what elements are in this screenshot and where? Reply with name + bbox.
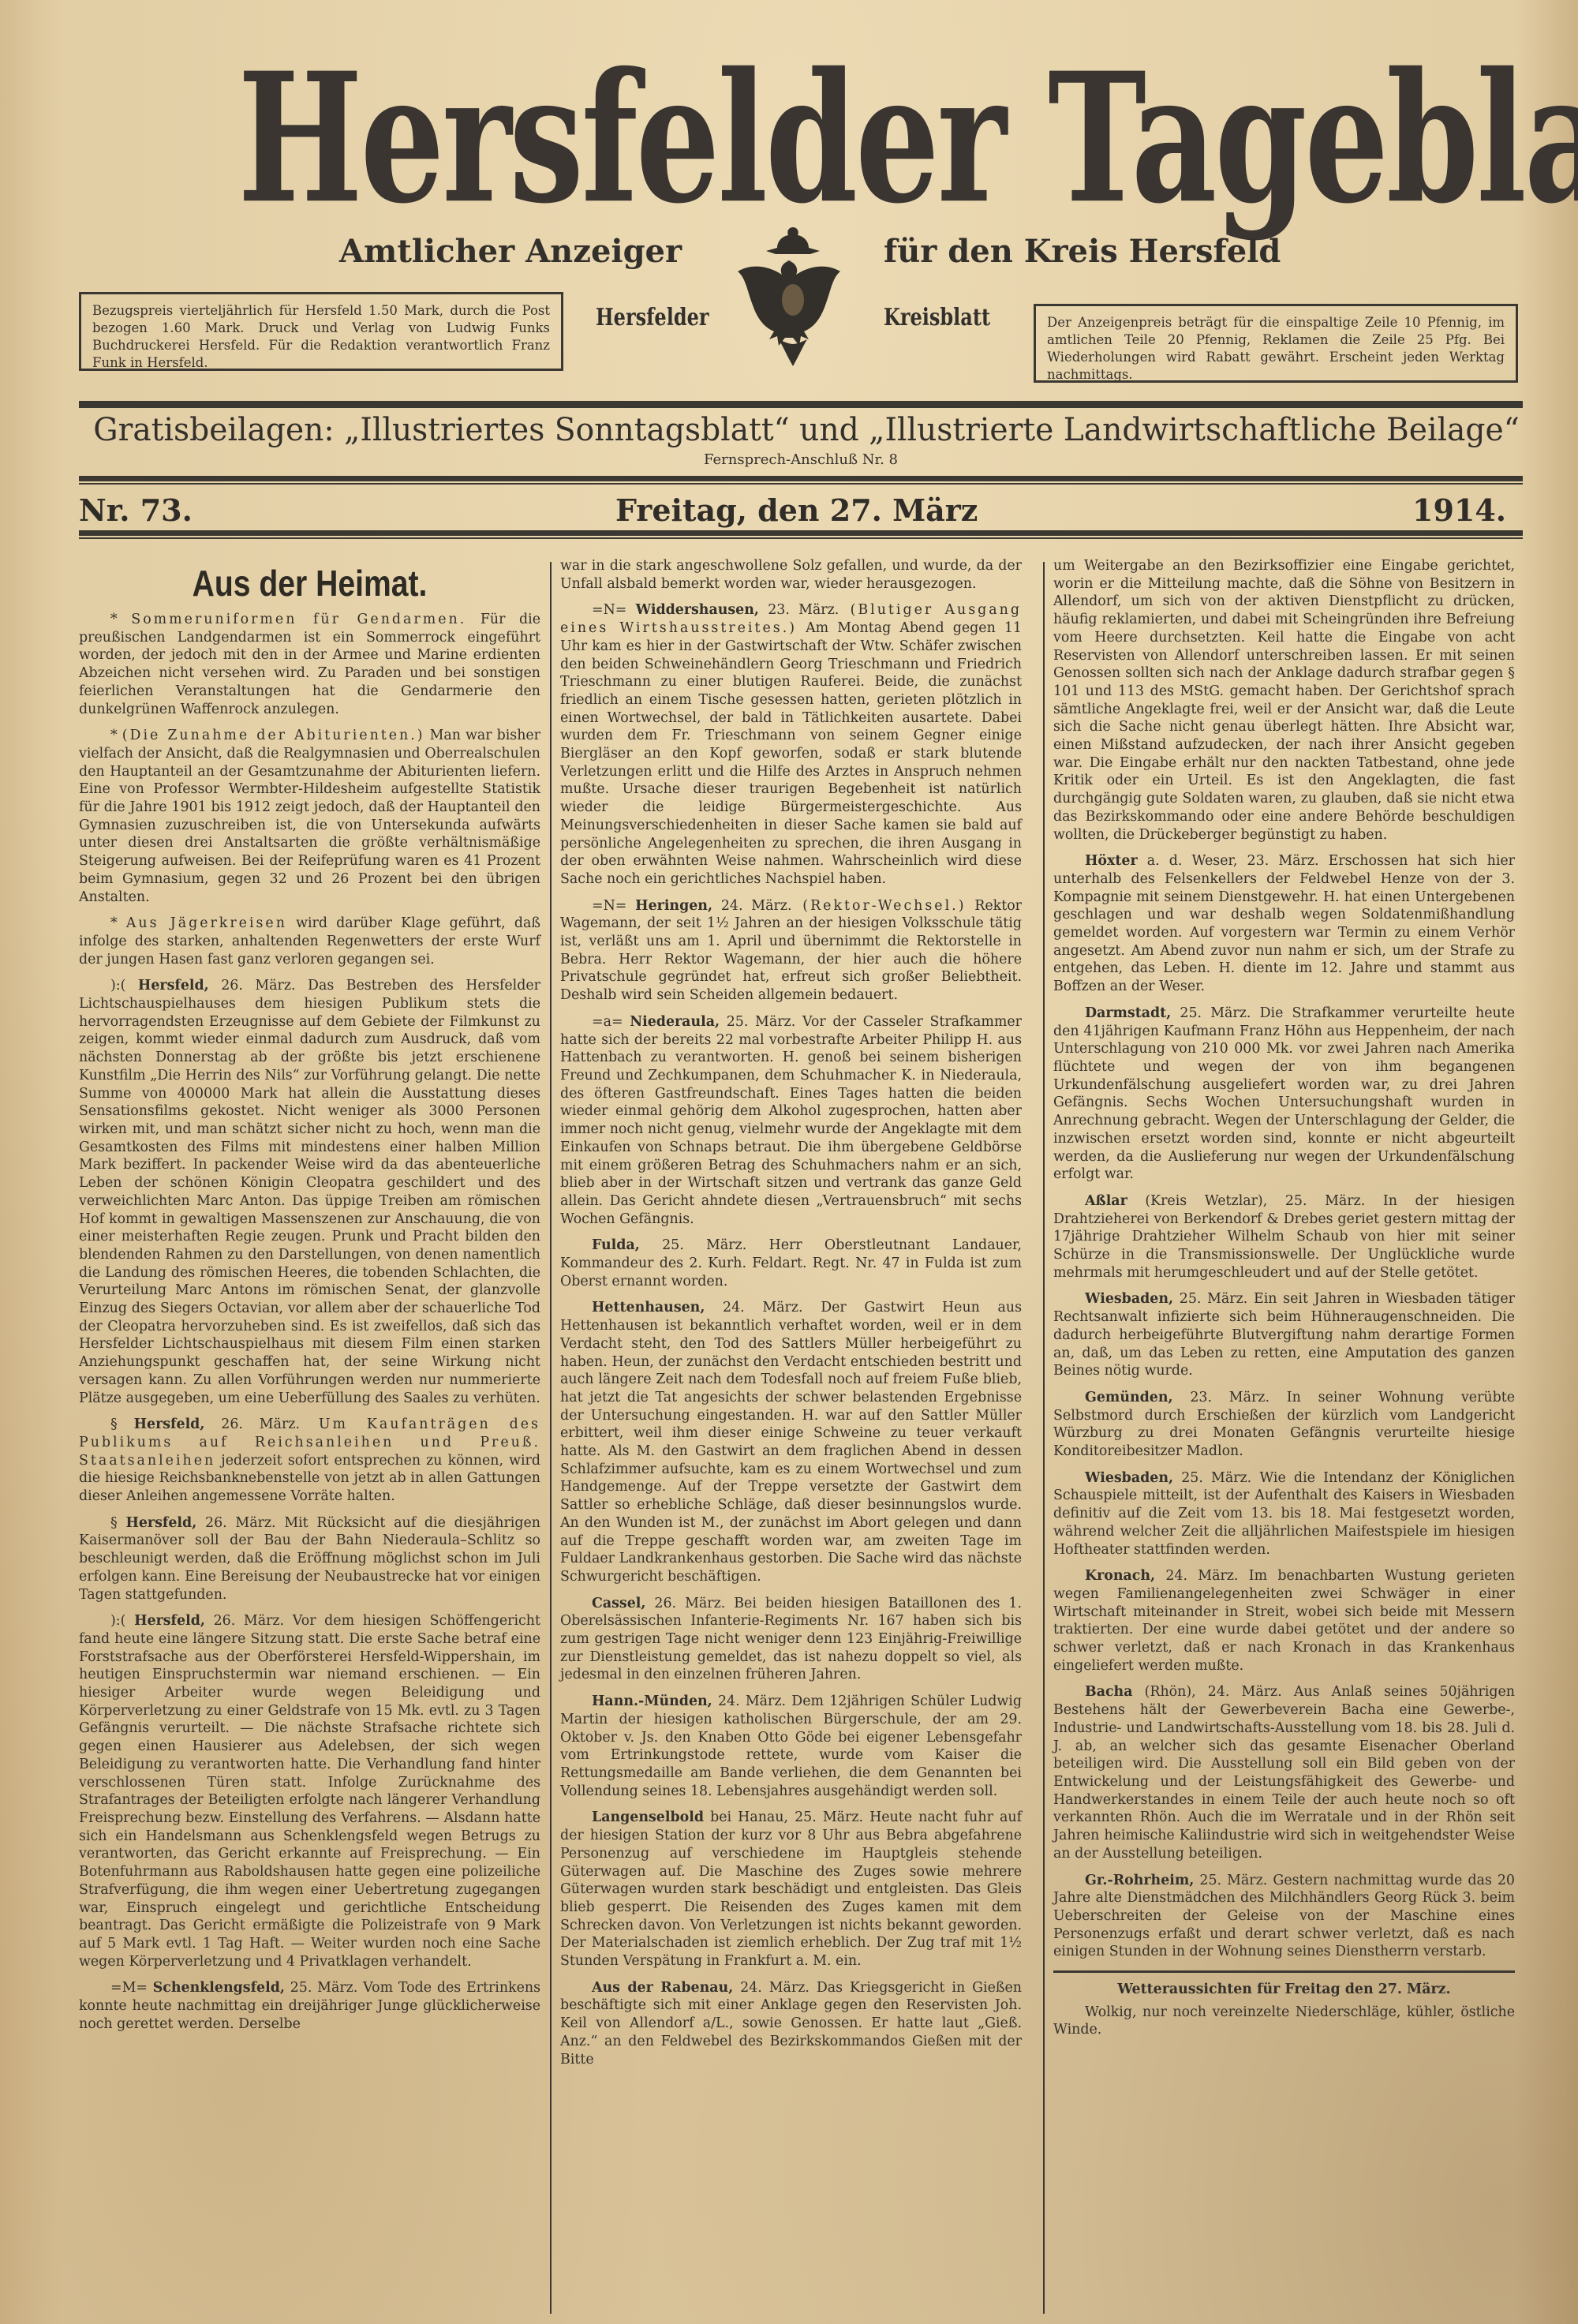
article-body: Dem 12jährigen Schüler Ludwig Martin der… (560, 1693, 1022, 1799)
article-body: Am Montag Abend gegen 11 Uhr kam es hier… (560, 620, 1022, 887)
news-article: Gr.-Rohrheim, 25. März. Gestern nachmitt… (1053, 1872, 1515, 1962)
dateline-rule-thin (79, 537, 1523, 539)
article-lead: (Die Zunahme der Abiturienten.) (122, 728, 425, 743)
article-lead: Aus Jägerkreisen (126, 915, 287, 931)
article-date: 24. März. (1155, 1568, 1238, 1584)
article-body: war in die stark angeschwollene Solz gef… (560, 558, 1022, 592)
article-place: Bacha (1085, 1684, 1132, 1700)
article-body: Im benachbarten Wustung gerieten wegen F… (1053, 1568, 1515, 1674)
article-place: Hettenhausen, (592, 1300, 705, 1315)
article-date: 23. März. (1173, 1390, 1270, 1405)
advertising-price-box: Der Anzeigenpreis beträgt für die einspa… (1034, 304, 1518, 383)
article-place: Widdershausen, (636, 602, 759, 618)
article-prefix: =N= (592, 898, 635, 914)
article-place: Hersfeld, (134, 1416, 205, 1432)
news-article: Hettenhausen, 24. März. Der Gastwirt Heu… (560, 1299, 1022, 1585)
news-article: ):( Hersfeld, 26. März. Vor dem hiesigen… (79, 1612, 540, 1970)
article-date: 25. März. (1173, 1470, 1251, 1486)
article-body: Heute nacht fuhr auf der hiesigen Statio… (560, 1809, 1022, 1969)
article-body: Vor der Casseler Strafkammer hatte sich … (560, 1014, 1022, 1227)
article-lead: Sommeruniformen für Gendarmen. (131, 612, 466, 627)
article-date: 25. März. (285, 1980, 357, 1996)
article-body: Der Gastwirt Heun aus Hettenhausen ist b… (560, 1300, 1022, 1585)
subtitle-kreis-hersfeld: für den Kreis Hersfeld (884, 233, 1281, 270)
news-article: * Aus Jägerkreisen wird darüber Klage ge… (79, 915, 540, 968)
news-article: Höxter a. d. Weser, 23. März. Erschossen… (1053, 852, 1515, 996)
issue-year: 1914. (1412, 492, 1506, 528)
article-place: Heringen, (635, 898, 712, 914)
article-date: a. d. Weser, 23. März. (1138, 853, 1319, 869)
article-place: Wiesbaden, (1085, 1470, 1173, 1486)
article-date: 24. März. (712, 898, 791, 914)
article-date: 26. März. (196, 1515, 275, 1531)
article-place: Fulda, (592, 1237, 640, 1253)
dateline-rule (79, 530, 1523, 536)
article-date: 26. März. (645, 1596, 725, 1611)
free-supplements-line: Gratisbeilagen: „Illustriertes Sonntagsb… (93, 412, 1508, 448)
news-article: Wiesbaden, 25. März. Wie die Intendanz d… (1053, 1469, 1515, 1559)
news-article: Bacha (Rhön), 24. März. Aus Anlaß seines… (1053, 1683, 1515, 1862)
news-article: Wiesbaden, 25. März. Ein seit Jahren in … (1053, 1290, 1515, 1380)
article-place: Schenklengsfeld, (153, 1980, 285, 1996)
article-place: Darmstadt, (1085, 1005, 1171, 1021)
news-article: Fulda, 25. März. Herr Oberstleutnant Lan… (560, 1237, 1022, 1290)
news-article: Cassel, 26. März. Bei beiden hiesigen Ba… (560, 1595, 1022, 1685)
article-prefix: * (110, 915, 126, 931)
article-place: Wiesbaden, (1085, 1291, 1173, 1307)
article-place: Niederaula, (630, 1014, 720, 1030)
news-article: Hann.-Münden, 24. März. Dem 12jährigen S… (560, 1693, 1022, 1800)
article-date: 25. März. (1173, 1291, 1247, 1307)
section-title: Aus der Heimat. (114, 560, 506, 606)
article-place: Hann.-Münden, (592, 1693, 712, 1709)
column-2: war in die stark angeschwollene Solz gef… (560, 557, 1022, 2077)
header-rule (79, 401, 1523, 408)
weather-title: Wetteraussichten für Freitag den 27. Mär… (1053, 1981, 1515, 1999)
article-date: 26. März. (209, 978, 296, 994)
newspaper-masthead-title: Hersfelder Tageblatt (237, 47, 1363, 230)
article-body: Für die preußischen Landgendarmen ist ei… (79, 612, 540, 717)
article-body: Aus Anlaß seines 50jährigen Bestehens hä… (1053, 1684, 1515, 1861)
article-place: Hersfeld, (138, 978, 209, 994)
news-article: =M= Schenklengsfeld, 25. März. Vom Tode … (79, 1979, 540, 2033)
article-date: 24. März. (712, 1693, 786, 1709)
news-article: * (Die Zunahme der Abiturienten.) Man wa… (79, 727, 540, 906)
article-body: Erschossen hat sich hier unterhalb des F… (1053, 853, 1515, 994)
news-article: Aus der Rabenau, 24. März. Das Kriegsger… (560, 1979, 1022, 2069)
article-date: 26. März. (204, 1416, 300, 1432)
article-place: Gemünden, (1085, 1390, 1173, 1405)
article-continuation: um Weitergabe an den Bezirksoffizier ein… (1053, 557, 1515, 844)
news-article: § Hersfeld, 26. März. Um Kaufanträgen de… (79, 1416, 540, 1506)
issue-date: Freitag, den 27. März (615, 492, 978, 528)
issue-number: Nr. 73. (79, 492, 193, 528)
article-date: 25. März. (720, 1014, 795, 1030)
article-date: 25. März. (640, 1237, 746, 1253)
article-body: Vor dem hiesigen Schöffengericht fand he… (79, 1613, 540, 1969)
column-1: Aus der Heimat. * Sommeruniformen für Ge… (79, 557, 540, 2041)
subscription-info-box: Bezugspreis vierteljährlich für Hersfeld… (79, 292, 563, 371)
article-prefix: * (110, 728, 122, 743)
news-article: Darmstadt, 25. März. Die Strafkammer ver… (1053, 1005, 1515, 1184)
article-place: Hersfeld, (125, 1515, 196, 1531)
article-place: Aßlar (1085, 1193, 1127, 1209)
article-prefix: =a= (592, 1014, 630, 1030)
header-rule-thin (79, 483, 1523, 485)
article-date: 23. März. (759, 602, 839, 618)
article-body: um Weitergabe an den Bezirksoffizier ein… (1053, 558, 1515, 843)
news-article: * Sommeruniformen für Gendarmen. Für die… (79, 611, 540, 718)
news-article: Langenselbold bei Hanau, 25. März. Heute… (560, 1809, 1022, 1970)
article-date: (Kreis Wetzlar), 25. März. (1127, 1193, 1366, 1209)
column-3: um Weitergabe an den Bezirksoffizier ein… (1053, 557, 1515, 2039)
news-article: ):( Hersfeld, 26. März. Das Bestreben de… (79, 977, 540, 1407)
news-article: Aßlar (Kreis Wetzlar), 25. März. In der … (1053, 1192, 1515, 1282)
article-date: bei Hanau, 25. März. (704, 1809, 863, 1825)
news-article: =N= Widdershausen, 23. März. (Blutiger A… (560, 601, 1022, 888)
subtitle-amtlicher-anzeiger: Amtlicher Anzeiger (339, 233, 682, 270)
article-place: Aus der Rabenau, (592, 1980, 733, 1996)
news-article: Kronach, 24. März. Im benachbarten Wustu… (1053, 1567, 1515, 1675)
article-body: Die Strafkammer verurteilte heute den 41… (1053, 1005, 1515, 1182)
weather-rule (1053, 1970, 1515, 1973)
article-place: Hersfeld, (134, 1613, 205, 1629)
article-date: 26. März. (205, 1613, 284, 1629)
article-date: 25. März. (1171, 1005, 1251, 1021)
column-divider (550, 562, 552, 2314)
article-date: (Rhön), 24. März. (1132, 1684, 1281, 1700)
news-article: Gemünden, 23. März. In seiner Wohnung ve… (1053, 1389, 1515, 1461)
article-place: Höxter (1085, 853, 1138, 869)
news-article: =a= Niederaula, 25. März. Vor der Cassel… (560, 1013, 1022, 1228)
article-lead: (Rektor-Wechsel.) (791, 898, 966, 914)
article-prefix: § (110, 1416, 134, 1432)
article-prefix: =N= (592, 602, 636, 618)
article-place: Langenselbold (592, 1809, 704, 1825)
article-date: 24. März. (705, 1300, 802, 1315)
emblem-label-hersfelder: Hersfelder (596, 304, 709, 331)
article-date: 24. März. (733, 1980, 810, 1996)
article-place: Cassel, (592, 1596, 645, 1611)
article-date: 25. März. (1194, 1873, 1267, 1888)
telephone-line: Fernsprech-Anschluß Nr. 8 (79, 451, 1523, 468)
header-rule (79, 476, 1523, 481)
article-place: Kronach, (1085, 1568, 1155, 1584)
column-divider (1043, 562, 1045, 2314)
article-prefix: * (110, 612, 131, 627)
news-article: =N= Heringen, 24. März. (Rektor-Wechsel.… (560, 897, 1022, 1005)
article-prefix: ):( (110, 1613, 134, 1629)
news-article: § Hersfeld, 26. März. Mit Rücksicht auf … (79, 1514, 540, 1604)
emblem-label-kreisblatt: Kreisblatt (884, 304, 990, 331)
weather-forecast: Wolkig, nur noch vereinzelte Niederschlä… (1053, 2004, 1515, 2039)
article-prefix: ):( (110, 978, 138, 994)
article-body: Man war bisher vielfach der Ansicht, daß… (79, 728, 540, 904)
article-continuation: war in die stark angeschwollene Solz gef… (560, 557, 1022, 593)
imperial-eagle-icon (730, 221, 856, 379)
article-prefix: =M= (110, 1980, 153, 1996)
article-body: Das Bestreben des Hersfelder Lichtschaus… (79, 978, 540, 1405)
article-place: Gr.-Rohrheim, (1085, 1873, 1194, 1888)
article-prefix: § (110, 1515, 125, 1531)
